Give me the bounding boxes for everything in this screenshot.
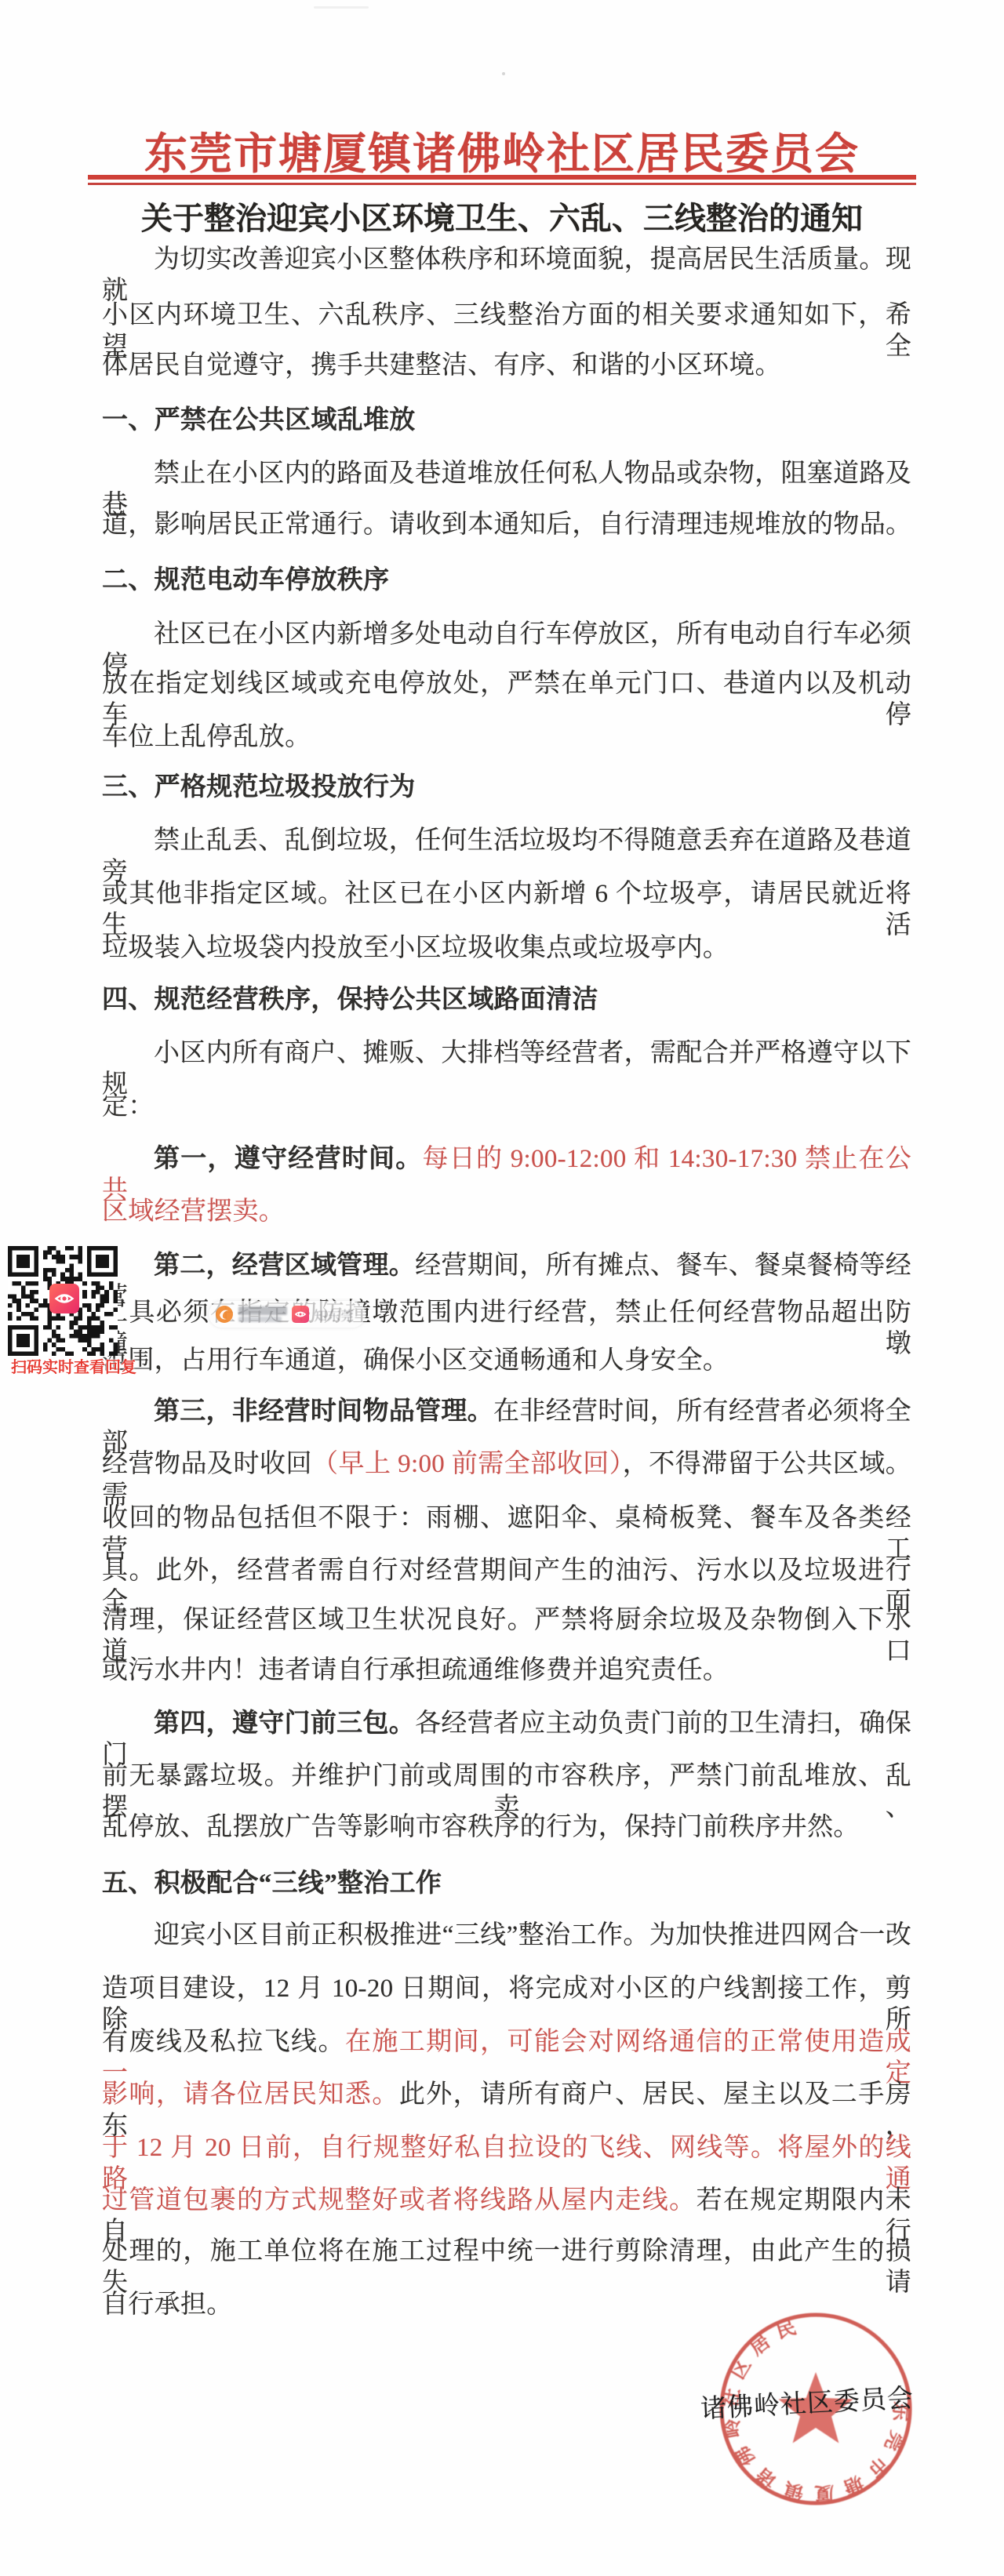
body-text: 经营物品及时收回	[102, 1450, 312, 1478]
body-text: 第一，遵守经营时间。	[154, 1145, 423, 1173]
body-text: 有废线及私拉飞线。	[102, 2028, 345, 2056]
body-text: 禁止乱丢、乱倒垃圾，任何生活垃圾均不得随意丢弃在道路及巷道旁	[102, 827, 911, 886]
red-emphasis-text: 于 12 月 20 日前，自行规整好私自拉设的飞线、网线等。将屋外的线路通	[102, 2134, 911, 2193]
document-line: 或污水井内！违者请自行承担疏通维修费并追究责任。	[102, 1655, 911, 1687]
document-line: 道，影响居民正常通行。请收到本通知后，自行清理违规堆放的物品。	[102, 510, 911, 541]
red-emphasis-text: 过管道包裹的方式规整好或者将线路从屋内走线。	[102, 2186, 697, 2214]
body-text: 第四，遵守门前三包。	[154, 1709, 415, 1738]
body-text: 处理的，施工单位将在施工过程中统一进行剪除清理，由此产生的损失请	[102, 2237, 911, 2297]
document-line: 定：	[102, 1092, 911, 1123]
body-text: 或污水井内！违者请自行承担疏通维修费并追究责任。	[102, 1656, 729, 1684]
watermark-pill: 知东莞	[209, 1301, 366, 1328]
body-text: 或其他非指定区域。社区已在小区内新增 6 个垃圾亭，请居民就近将生活	[102, 880, 911, 939]
document-line: 垃圾装入垃圾袋内投放至小区垃圾收集点或垃圾亭内。	[102, 933, 911, 965]
document-line: 体居民自觉遵守，携手共建整洁、有序、和谐的小区环境。	[102, 351, 911, 382]
qr-caption: 扫码实时查看回复	[11, 1354, 136, 1377]
body-text: 四、规范经营秩序，保持公共区域路面清洁	[102, 986, 598, 1014]
swirl-logo-icon	[215, 1305, 234, 1324]
body-text: 范围，占用行车通道，确保小区交通畅通和人身安全。	[102, 1346, 729, 1375]
body-text: 放在指定划线区域或充电停放处，严禁在单元门口、巷道内以及机动车停	[102, 670, 911, 729]
document-line: 三、严格规范垃圾投放行为	[102, 772, 911, 804]
body-text: 收回的物品包括但不限于：雨棚、遮阳伞、桌椅板凳、餐车及各类经营工	[102, 1504, 911, 1564]
eye-icon	[49, 1284, 79, 1313]
notice-title: 关于整治迎宾小区环境卫生、六乱、三线整治的通知	[0, 194, 1004, 238]
red-divider-rule	[88, 175, 916, 185]
body-text: 车位上乱停乱放。	[102, 723, 311, 751]
document-line: 或其他非指定区域。社区已在小区内新增 6 个垃圾亭，请居民就近将生活	[102, 879, 911, 941]
body-text: 迎宾小区目前正积极推进“三线”整治工作。为加快推进四网合一改	[154, 1921, 911, 1949]
body-text: 造项目建设，12 月 10-20 日期间，将完成对小区的户线割接工作，剪除所	[102, 1975, 911, 2034]
document-line: 车位上乱停乱放。	[102, 722, 911, 754]
document-line: 为切实改善迎宾小区整体秩序和环境面貌，提高居民生活质量。现就	[102, 245, 911, 307]
body-text: 道，影响居民正常通行。请收到本通知后，自行清理违规堆放的物品。	[102, 510, 911, 539]
document-line: 一、严禁在公共区域乱堆放	[102, 405, 911, 437]
red-emphasis-text: 区域经营摆卖。	[102, 1197, 285, 1226]
document-line: 迎宾小区目前正积极推进“三线”整治工作。为加快推进四网合一改	[102, 1920, 911, 1952]
document-line: 四、规范经营秩序，保持公共区域路面清洁	[102, 985, 911, 1016]
body-text: 垃圾装入垃圾袋内投放至小区垃圾收集点或垃圾亭内。	[102, 934, 729, 962]
body-text: 乱停放、乱摆放广告等影响市容秩序的行为，保持门前秩序井然。	[102, 1813, 860, 1841]
document-line: 乱停放、乱摆放广告等影响市容秩序的行为，保持门前秩序井然。	[102, 1812, 911, 1844]
document-line: 区域经营摆卖。	[102, 1197, 911, 1228]
red-emphasis-text: （早上 9:00 前需全部收回）	[312, 1450, 623, 1478]
body-text: 为切实改善迎宾小区整体秩序和环境面貌，提高居民生活质量。现就	[102, 245, 911, 305]
body-text: 一、严禁在公共区域乱堆放	[102, 406, 416, 434]
body-text: 第二，经营区域管理。	[154, 1252, 415, 1280]
body-text: 体居民自觉遵守，携手共建整洁、有序、和谐的小区环境。	[102, 351, 781, 380]
watermark-app-name: 知东莞	[314, 1305, 354, 1324]
notice-document-page: 东莞市塘厦镇诸佛岭社区居民委员会 关于整治迎宾小区环境卫生、六乱、三线整治的通知…	[0, 0, 1004, 2576]
red-emphasis-text: 影响，请各位居民知悉。	[102, 2080, 399, 2109]
body-text: 定：	[102, 1092, 155, 1121]
body-text: 第三，非经营时间物品管理。	[154, 1397, 493, 1426]
body-text: 小区内所有商户、摊贩、大排档等经营者，需配合并严格遵守以下规	[102, 1039, 911, 1099]
scan-speck	[502, 72, 505, 75]
eye-icon	[292, 1306, 309, 1323]
organization-title: 东莞市塘厦镇诸佛岭社区居民委员会	[0, 119, 1004, 181]
document-line: 经营物品及时收回（早上 9:00 前需全部收回），不得滞留于公共区域。需	[102, 1449, 911, 1511]
watermark-blurred-text	[238, 1306, 287, 1322]
document-line: 五、积极配合“三线”整治工作	[102, 1869, 911, 1900]
body-text: 自行承担。	[102, 2291, 233, 2319]
body-text: 三、严格规范垃圾投放行为	[102, 773, 416, 801]
document-line: 二、规范电动车停放秩序	[102, 565, 911, 597]
body-text: 五、积极配合“三线”整治工作	[102, 1869, 442, 1898]
document-line: 范围，占用行车通道，确保小区交通畅通和人身安全。	[102, 1346, 911, 1377]
body-text: 二、规范电动车停放秩序	[102, 566, 389, 594]
scan-speck	[314, 6, 369, 9]
